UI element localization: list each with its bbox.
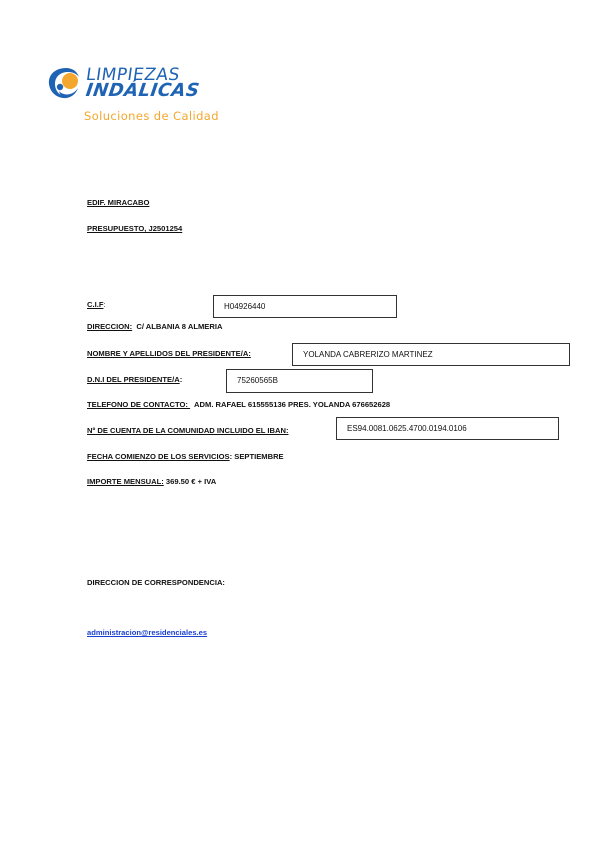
building-name: EDIF. MIRACABO [87, 199, 149, 207]
importe-row: IMPORTE MENSUAL: 369.50 € + IVA [87, 478, 216, 486]
budget-reference: PRESUPUESTO, J2501254 [87, 225, 182, 233]
presidente-dni-row: D.N.I DEL PRESIDENTE/A: [87, 376, 182, 384]
cif-colon: : [103, 300, 105, 309]
cif-field[interactable]: H04926440 [213, 295, 397, 318]
correspondencia-email-link[interactable]: administracion@residenciales.es [87, 629, 207, 637]
telefono-value: ADM. RAFAEL 615555136 PRES. YOLANDA 6766… [194, 400, 390, 409]
telefono-label: TELEFONO DE CONTACTO: [87, 400, 190, 409]
fecha-value: SEPTIEMBRE [234, 452, 283, 461]
correspondencia-label: DIRECCION DE CORRESPONDENCIA: [87, 579, 225, 587]
company-logo: LIMPIEZAS INDÁLICAS Soluciones de Calida… [46, 62, 226, 132]
direccion-value: C/ ALBANIA 8 ALMERIA [136, 322, 222, 331]
fecha-label: FECHA COMIENZO DE LOS SERVICIOS [87, 452, 230, 461]
direccion-row: DIRECCION: C/ ALBANIA 8 ALMERIA [87, 323, 222, 331]
importe-label: IMPORTE MENSUAL: [87, 477, 164, 486]
presidente-dni-label: D.N.I DEL PRESIDENTE/A [87, 375, 180, 384]
fecha-row: FECHA COMIENZO DE LOS SERVICIOS: SEPTIEM… [87, 453, 284, 461]
telefono-row: TELEFONO DE CONTACTO: ADM. RAFAEL 615555… [87, 401, 390, 409]
presidente-nombre-label: NOMBRE Y APELLIDOS DEL PRESIDENTE/A: [87, 350, 251, 358]
importe-value: 369.50 € + IVA [166, 477, 216, 486]
cuenta-field[interactable]: ES94.0081.0625.4700.0194.0106 [336, 417, 559, 440]
cif-label: C.I.F [87, 300, 103, 309]
direccion-label: DIRECCION: [87, 322, 132, 331]
logo-person-icon [46, 66, 86, 100]
cif-row: C.I.F: [87, 301, 106, 309]
presidente-dni-colon: : [180, 375, 183, 384]
presidente-dni-field[interactable]: 75260565B [226, 369, 373, 393]
logo-text-indalicas: INDÁLICAS [85, 82, 201, 100]
presidente-nombre-field[interactable]: YOLANDA CABRERIZO MARTINEZ [292, 343, 570, 366]
logo-tagline: Soluciones de Calidad [84, 109, 219, 123]
cuenta-label: Nº DE CUENTA DE LA COMUNIDAD INCLUIDO EL… [87, 427, 288, 435]
